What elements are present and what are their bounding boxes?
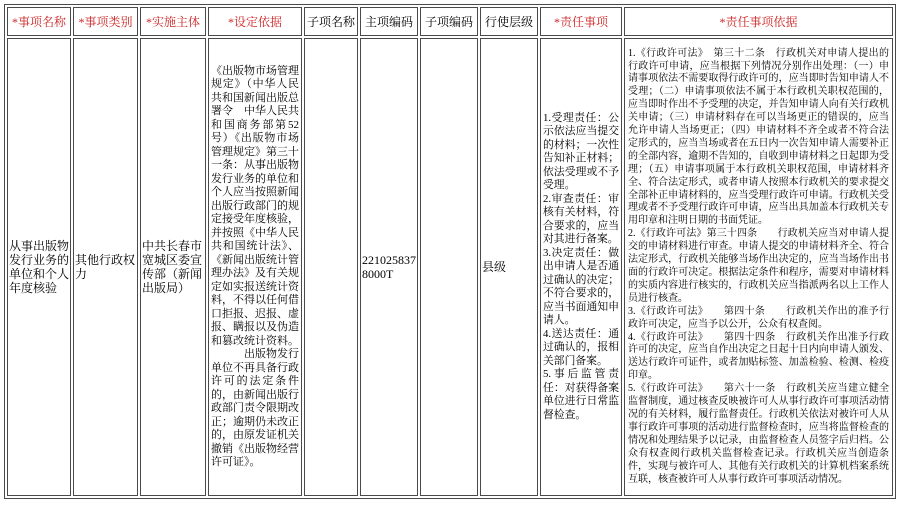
header-main-code: 主项编码	[360, 7, 418, 36]
power-list-table: *事项名称 *事项类别 *实施主体 *设定依据 子项名称 主项编码 子项编码 行…	[4, 4, 896, 499]
header-legal-basis: *设定依据	[208, 7, 302, 36]
header-implementer: *实施主体	[140, 7, 206, 36]
cell-implementer: 中共长春市宽城区委宣传部（新闻出版局）	[140, 38, 206, 496]
cell-item-type: 其他行政权力	[73, 38, 138, 496]
header-item-type: *事项类别	[73, 7, 138, 36]
header-responsibility-basis: *责任事项依据	[624, 7, 893, 36]
cell-sub-item-name	[304, 38, 358, 496]
cell-item-name: 从事出版物发行业务的单位和个人年度核验	[7, 38, 71, 496]
header-sub-item-name: 子项名称	[304, 7, 358, 36]
header-responsibilities: *责任事项	[540, 7, 622, 36]
cell-responsibility-basis: 1.《行政许可法》 第三十二条 行政机关对申请人提出的行政许可申请，应当根据下列…	[624, 38, 893, 496]
cell-legal-basis: 《出版物市场管理规定》（中华人民共和国新闻出版总署令 中华人民共和国商务部第52…	[208, 38, 302, 496]
table-header-row: *事项名称 *事项类别 *实施主体 *设定依据 子项名称 主项编码 子项编码 行…	[7, 7, 893, 36]
table-row: 从事出版物发行业务的单位和个人年度核验 其他行政权力 中共长春市宽城区委宣传部（…	[7, 38, 893, 496]
header-sub-item-code: 子项编码	[420, 7, 478, 36]
cell-responsibilities: 1.受理责任：公示依法应当提交的材料；一次性告知补正材料；依法受理或不予受理。 …	[540, 38, 622, 496]
header-item-name: *事项名称	[7, 7, 71, 36]
header-exercise-level: 行使层级	[480, 7, 538, 36]
cell-exercise-level: 县级	[480, 38, 538, 496]
cell-main-code: 2210258378000T	[360, 38, 418, 496]
cell-sub-item-code	[420, 38, 478, 496]
